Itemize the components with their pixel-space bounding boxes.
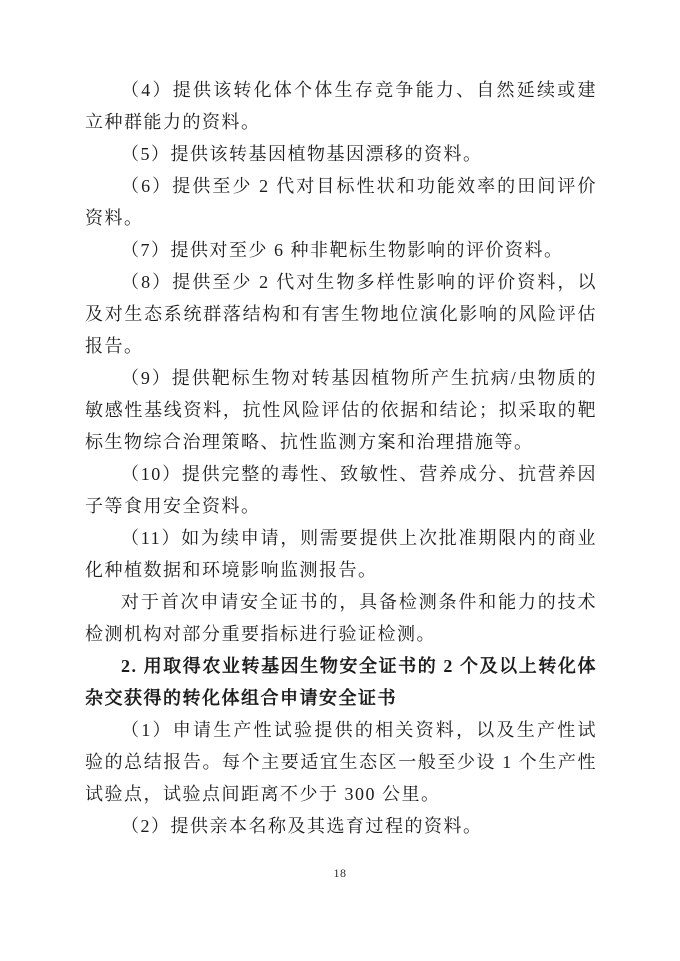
page-number: 18	[0, 866, 680, 881]
section-heading: 2. 用取得农业转基因生物安全证书的 2 个及以上转化体杂交获得的转化体组合申请…	[85, 650, 597, 714]
paragraph: （1）申请生产性试验提供的相关资料，以及生产性试验的总结报告。每个主要适宜生态区…	[85, 714, 597, 810]
paragraph: 对于首次申请安全证书的，具备检测条件和能力的技术检测机构对部分重要指标进行验证检…	[85, 586, 597, 650]
document-page: （4）提供该转化体个体生存竞争能力、自然延续或建立种群能力的资料。（5）提供该转…	[0, 0, 680, 961]
paragraph: （7）提供对至少 6 种非靶标生物影响的评价资料。	[85, 234, 597, 266]
paragraph: （5）提供该转基因植物基因漂移的资料。	[85, 138, 597, 170]
paragraph: （2）提供亲本名称及其选育过程的资料。	[85, 810, 597, 842]
paragraph: （4）提供该转化体个体生存竞争能力、自然延续或建立种群能力的资料。	[85, 74, 597, 138]
paragraph: （9）提供靶标生物对转基因植物所产生抗病/虫物质的敏感性基线资料，抗性风险评估的…	[85, 362, 597, 458]
paragraph: （6）提供至少 2 代对目标性状和功能效率的田间评价资料。	[85, 170, 597, 234]
document-body: （4）提供该转化体个体生存竞争能力、自然延续或建立种群能力的资料。（5）提供该转…	[85, 74, 597, 842]
paragraph: （11）如为续申请，则需要提供上次批准期限内的商业化种植数据和环境影响监测报告。	[85, 522, 597, 586]
paragraph: （10）提供完整的毒性、致敏性、营养成分、抗营养因子等食用安全资料。	[85, 458, 597, 522]
paragraph: （8）提供至少 2 代对生物多样性影响的评价资料，以及对生态系统群落结构和有害生…	[85, 266, 597, 362]
